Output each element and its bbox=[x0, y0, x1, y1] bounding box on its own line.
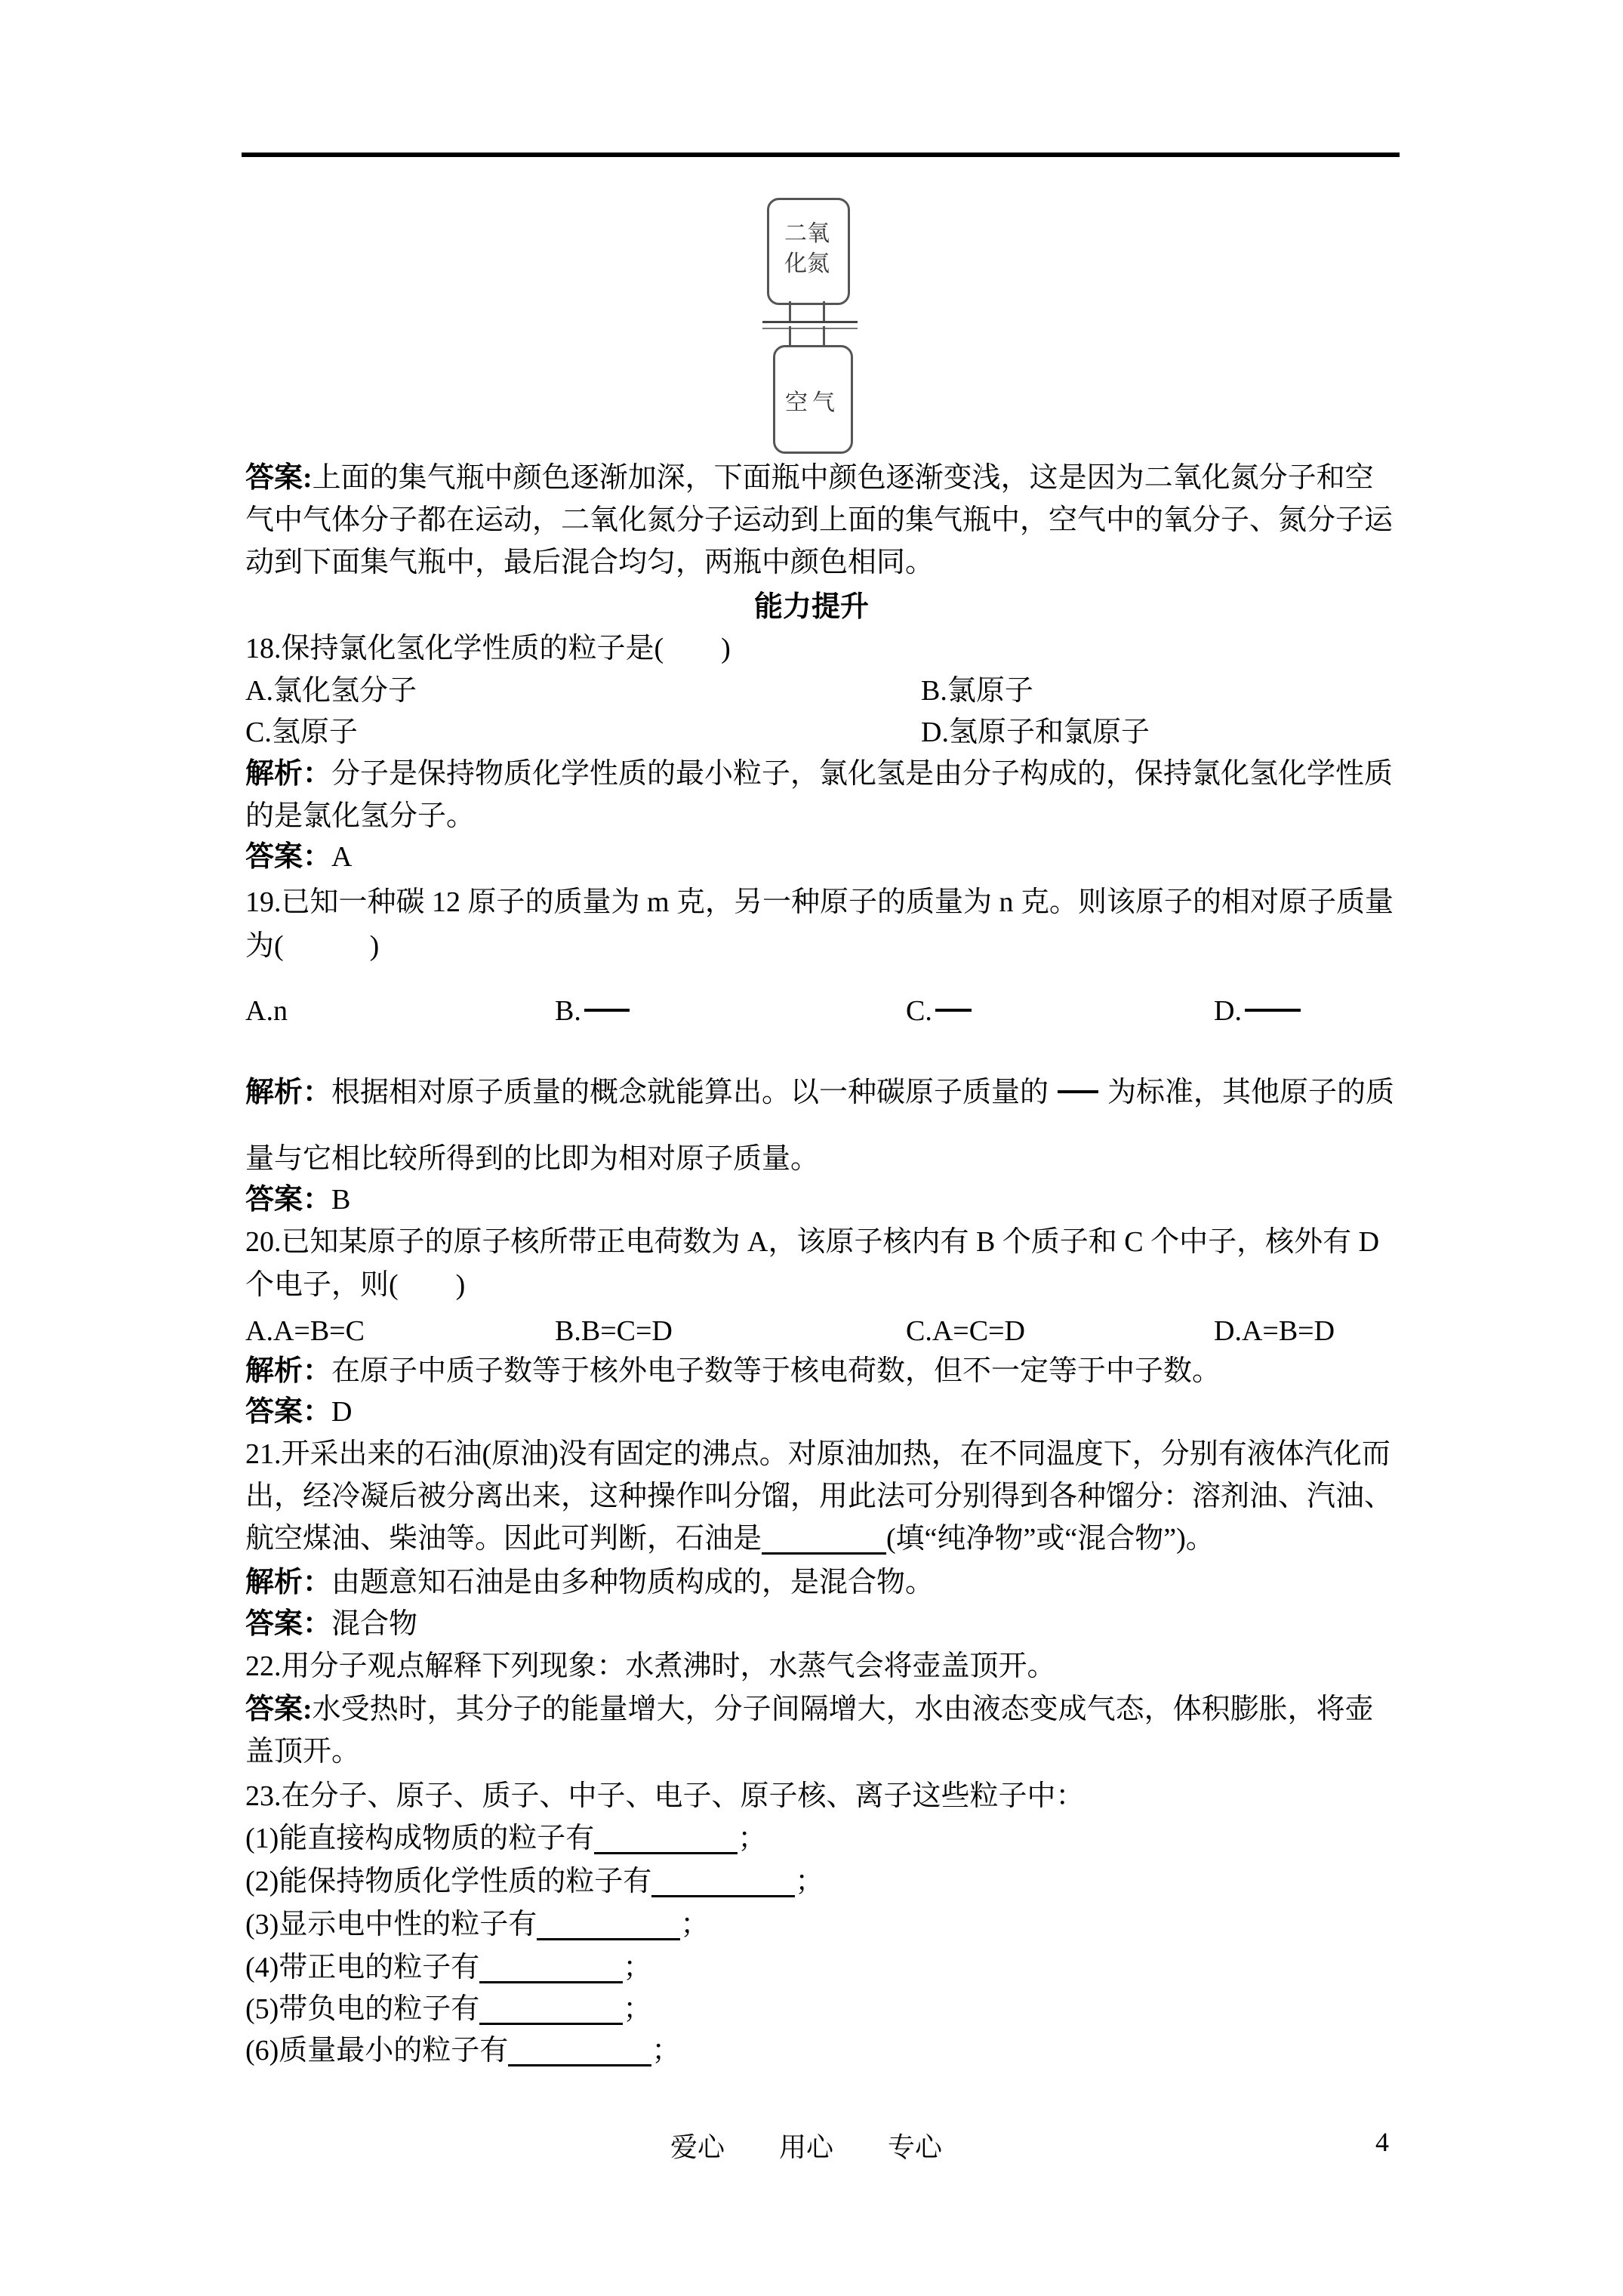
q20-option-b: B.B=C=D bbox=[555, 1314, 673, 1348]
q21-analysis: 解析：由题意知石油是由多种物质构成的，是混合物。 bbox=[245, 1565, 934, 1600]
q22-answer-line-1: 答案:水受热时，其分子的能量增大，分子间隔增大，水由液态变成气态，体积膨胀，将壶 bbox=[245, 1692, 1374, 1727]
q19-stem-line-1: 19.已知一种碳 12 原子的质量为 m 克，另一种原子的质量为 n 克。则该原… bbox=[245, 885, 1394, 920]
q23-item-5: (5)带负电的粒子有； bbox=[245, 1992, 651, 2026]
q19-option-c: C. bbox=[906, 994, 972, 1028]
fraction-bar bbox=[935, 1009, 972, 1012]
q21-answer: 答案：混合物 bbox=[245, 1607, 417, 1641]
footer-page-number: 4 bbox=[1375, 2126, 1389, 2158]
line-text: 水受热时，其分子的能量增大，分子间隔增大，水由液态变成气态，体积膨胀，将壶 bbox=[313, 1693, 1374, 1725]
fraction-bar bbox=[1245, 1009, 1301, 1012]
fill-blank bbox=[537, 1912, 680, 1940]
line-text: ； bbox=[795, 1866, 824, 1897]
answer-label: 答案： bbox=[245, 1396, 331, 1428]
q19-answer: 答案：B bbox=[245, 1182, 350, 1217]
answer-value: B bbox=[331, 1184, 350, 1216]
line-text: 根据相对原子质量的概念就能算出。以一种碳原子质量的 bbox=[331, 1077, 1049, 1108]
answer-label: 答案： bbox=[245, 1608, 331, 1640]
q23-item-4: (4)带正电的粒子有； bbox=[245, 1950, 651, 1985]
footer-motto: 爱心 用心 专心 bbox=[670, 2126, 942, 2165]
q21-stem-line-2: 出，经冷凝后被分离出来，这种操作叫分馏，用此法可分别得到各种馏分：溶剂油、汽油、 bbox=[245, 1479, 1393, 1514]
q18-option-d: D.氢原子和氯原子 bbox=[921, 715, 1150, 750]
document-page: 二氧化氮 空气 答案:上面的集气瓶中颜色逐渐加深，下面瓶中颜色逐渐变浅，这是因为… bbox=[0, 0, 1623, 2296]
line-text: ； bbox=[680, 1909, 709, 1940]
answer-value: 混合物 bbox=[331, 1608, 417, 1640]
gas-bottle-top-neck bbox=[789, 301, 825, 321]
fill-blank bbox=[479, 1955, 623, 1983]
q22-answer-line-2: 盖顶开。 bbox=[245, 1734, 360, 1769]
bottle-label-air: 空气 bbox=[782, 384, 842, 417]
gas-bottle-bottom-neck bbox=[789, 326, 825, 345]
line-text: (2)能保持物质化学性质的粒子有 bbox=[245, 1866, 651, 1897]
answer-label: 答案： bbox=[245, 841, 331, 873]
q19-option-d: D. bbox=[1214, 994, 1301, 1028]
q19-analysis-line-1: 解析：根据相对原子质量的概念就能算出。以一种碳原子质量的为标准，其他原子的质 bbox=[245, 1075, 1394, 1110]
answer-value: D bbox=[331, 1396, 352, 1428]
line-text: (5)带负电的粒子有 bbox=[245, 1993, 479, 2025]
q23-item-1: (1)能直接构成物质的粒子有； bbox=[245, 1821, 766, 1856]
answer-value: A bbox=[331, 841, 352, 873]
q21-stem-line-1: 21.开采出来的石油(原油)没有固定的沸点。对原油加热，在不同温度下，分别有液体… bbox=[245, 1437, 1390, 1472]
section-heading: 能力提升 bbox=[0, 590, 1623, 624]
q20-stem-line-2: 个电子，则( ) bbox=[245, 1268, 465, 1302]
q23-stem: 23.在分子、原子、质子、中子、电子、原子核、离子这些粒子中： bbox=[245, 1779, 1085, 1814]
q23-item-3: (3)显示电中性的粒子有； bbox=[245, 1907, 709, 1942]
line-text: 航空煤油、柴油等。因此可判断，石油是 bbox=[245, 1523, 762, 1555]
analysis-label: 解析： bbox=[245, 1567, 331, 1598]
line-text: (填“纯净物”或“混合物”)。 bbox=[886, 1523, 1215, 1555]
q20-answer: 答案：D bbox=[245, 1395, 352, 1429]
line-text: 为标准，其他原子的质 bbox=[1107, 1077, 1394, 1108]
line-text: 由题意知石油是由多种物质构成的，是混合物。 bbox=[331, 1567, 934, 1598]
q19-option-a: A.n bbox=[245, 994, 288, 1028]
line-text: (1)能直接构成物质的粒子有 bbox=[245, 1823, 594, 1854]
q21-stem-line-3: 航空煤油、柴油等。因此可判断，石油是(填“纯净物”或“混合物”)。 bbox=[245, 1521, 1215, 1556]
option-label: C. bbox=[906, 995, 932, 1027]
top-divider-rule bbox=[242, 153, 1400, 157]
q19-analysis-line-2: 量与它相比较所得到的比即为相对原子质量。 bbox=[245, 1142, 819, 1176]
q19-stem-line-2: 为( ) bbox=[245, 929, 379, 963]
q18-option-a: A.氯化氢分子 bbox=[245, 673, 417, 708]
line-text: 上面的集气瓶中颜色逐渐加深，下面瓶中颜色逐渐变浅，这是因为二氧化氮分子和空 bbox=[313, 462, 1374, 494]
analysis-label: 解析： bbox=[245, 1077, 331, 1108]
fill-blank bbox=[651, 1869, 795, 1897]
q18-analysis-line-2: 的是氯化氢分子。 bbox=[245, 799, 475, 834]
answer-diagram-line-1: 答案:上面的集气瓶中颜色逐渐加深，下面瓶中颜色逐渐变浅，这是因为二氧化氮分子和空 bbox=[245, 461, 1374, 495]
analysis-label: 解析： bbox=[245, 758, 331, 790]
option-label: B. bbox=[555, 995, 581, 1027]
line-text: 在原子中质子数等于核外电子数等于核电荷数，但不一定等于中子数。 bbox=[331, 1355, 1221, 1387]
q20-option-c: C.A=C=D bbox=[906, 1314, 1025, 1348]
q18-option-c: C.氢原子 bbox=[245, 715, 358, 750]
line-text: (3)显示电中性的粒子有 bbox=[245, 1909, 537, 1940]
q20-stem-line-1: 20.已知某原子的原子核所带正电荷数为 A，该原子核内有 B 个质子和 C 个中… bbox=[245, 1225, 1379, 1259]
fraction-bar bbox=[1058, 1090, 1098, 1093]
fraction-bar bbox=[584, 1009, 630, 1012]
line-text: 分子是保持物质化学性质的最小粒子，氯化氢是由分子构成的，保持氯化氢化学性质 bbox=[331, 758, 1393, 790]
q22-stem: 22.用分子观点解释下列现象：水煮沸时，水蒸气会将壶盖顶开。 bbox=[245, 1649, 1056, 1684]
answer-label: 答案: bbox=[245, 1693, 313, 1725]
line-text: ； bbox=[623, 1952, 651, 1983]
answer-label: 答案： bbox=[245, 1184, 331, 1216]
line-text: (4)带正电的粒子有 bbox=[245, 1952, 479, 1983]
answer-diagram-line-3: 动到下面集气瓶中，最后混合均匀，两瓶中颜色相同。 bbox=[245, 545, 934, 580]
q19-option-b: B. bbox=[555, 994, 630, 1028]
option-label: D. bbox=[1214, 995, 1242, 1027]
q20-analysis: 解析：在原子中质子数等于核外电子数等于核电荷数，但不一定等于中子数。 bbox=[245, 1354, 1221, 1388]
q20-option-a: A.A=B=C bbox=[245, 1314, 365, 1348]
line-text: (6)质量最小的粒子有 bbox=[245, 2035, 508, 2066]
answer-label: 答案: bbox=[245, 462, 313, 494]
analysis-label: 解析： bbox=[245, 1355, 331, 1387]
q20-option-d: D.A=B=D bbox=[1214, 1314, 1335, 1348]
q23-item-6: (6)质量最小的粒子有； bbox=[245, 2033, 680, 2068]
q18-stem: 18.保持氯化氢化学性质的粒子是( ) bbox=[245, 631, 731, 666]
bottle-label-no2: 二氧化氮 bbox=[784, 219, 830, 279]
fill-blank bbox=[762, 1527, 886, 1555]
q18-option-b: B.氯原子 bbox=[921, 673, 1033, 708]
fill-blank bbox=[508, 2039, 651, 2066]
answer-diagram-line-2: 气中气体分子都在运动，二氧化氮分子运动到上面的集气瓶中，空气中的氧分子、氮分子运 bbox=[245, 503, 1393, 538]
q18-analysis-line-1: 解析：分子是保持物质化学性质的最小粒子，氯化氢是由分子构成的，保持氯化氢化学性质 bbox=[245, 757, 1393, 791]
q23-item-2: (2)能保持物质化学性质的粒子有； bbox=[245, 1864, 824, 1899]
line-text: ； bbox=[738, 1823, 766, 1854]
q18-answer: 答案：A bbox=[245, 840, 352, 874]
fill-blank bbox=[594, 1826, 738, 1854]
fill-blank bbox=[479, 1997, 623, 2025]
line-text: ； bbox=[623, 1993, 651, 2025]
line-text: ； bbox=[651, 2035, 680, 2066]
